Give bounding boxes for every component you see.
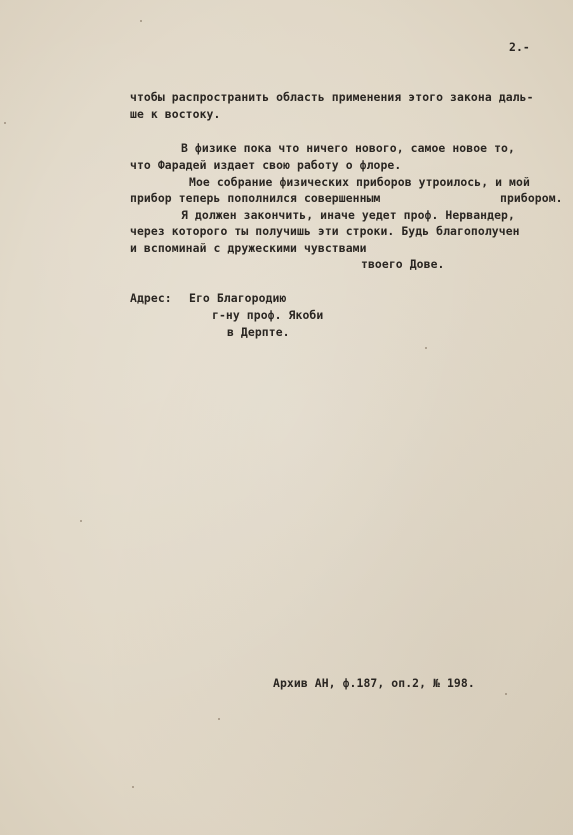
address-line: в Дерпте.: [227, 325, 290, 339]
text-line: Я должен закончить, иначе уедет проф. Не…: [181, 208, 515, 222]
paper-speck: [80, 520, 82, 522]
text-line: ше к востоку.: [130, 107, 220, 121]
text-line: прибором.: [500, 191, 563, 205]
text-line: через которого ты получишь эти строки. Б…: [130, 224, 520, 238]
paper-speck: [4, 122, 6, 124]
address-line: Его Благородию: [189, 291, 286, 305]
page-number: 2.-: [509, 40, 530, 54]
text-line: Мое собрание физических приборов утроило…: [189, 175, 530, 189]
text-line: и вспоминай с дружескими чувствами: [130, 241, 367, 255]
archive-reference: Архив АН, ф.187, оп.2, № 198.: [273, 676, 475, 690]
paper-speck: [218, 718, 220, 720]
address-line: г-ну проф. Якоби: [212, 308, 323, 322]
document-page: 2.- чтобы распространить область примене…: [0, 0, 573, 835]
address-label: Адрес:: [130, 291, 172, 305]
paper-speck: [425, 347, 427, 349]
text-line: что Фарадей издает свою работу о флоре.: [130, 158, 401, 172]
text-line: прибор теперь пополнился совершенным: [130, 191, 380, 205]
paper-speck: [505, 693, 507, 695]
closing-signature: твоего Дове.: [361, 257, 445, 271]
paper-speck: [132, 786, 134, 788]
paper-speck: [140, 20, 142, 22]
text-line: В физике пока что ничего нового, самое н…: [181, 141, 515, 155]
text-line: чтобы распространить область применения …: [130, 90, 534, 104]
